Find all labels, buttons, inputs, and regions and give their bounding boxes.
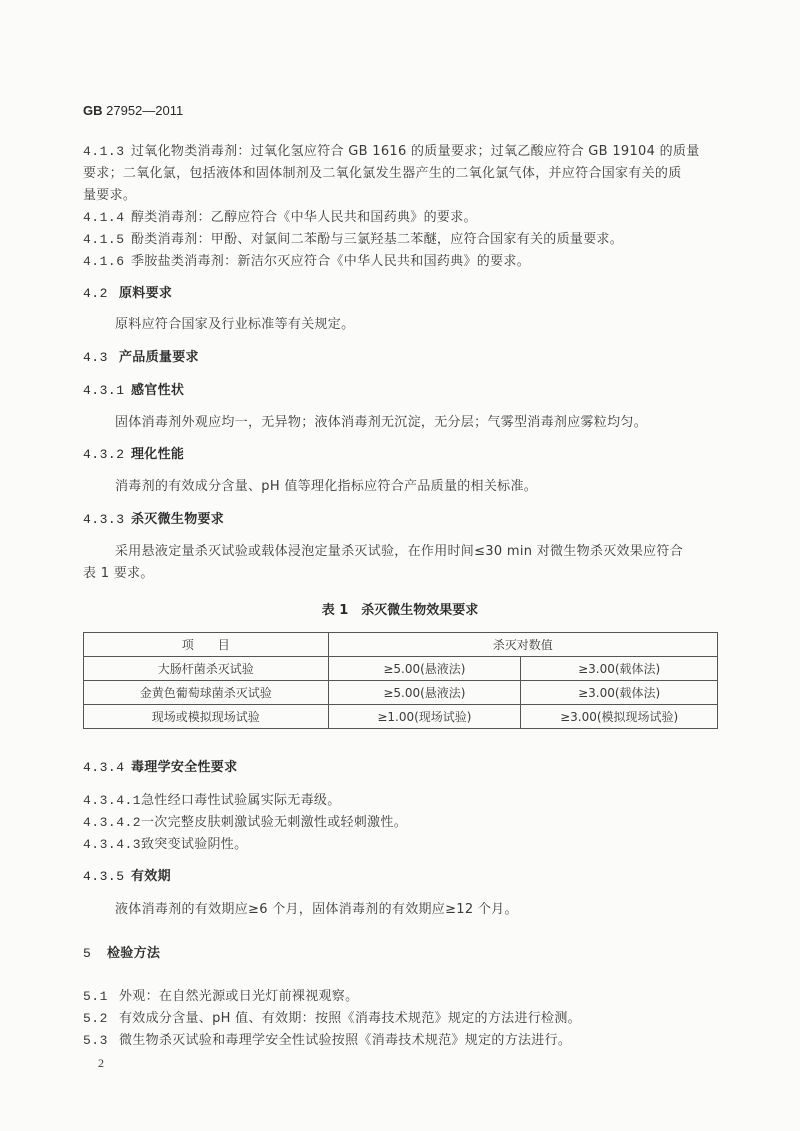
clause-5-3: 5.3微生物杀灭试验和毒理学安全性试验按照《消毒技术规范》规定的方法进行。	[83, 1033, 571, 1049]
requirements-table: 项 目 杀灭对数值 大肠杆菌杀灭试验 ≥5.00(悬液法) ≥3.00(载体法)…	[83, 632, 718, 729]
header-item: 项 目	[84, 633, 329, 657]
header-log-value: 杀灭对数值	[328, 633, 717, 657]
clause-5-1: 5.1外观：在自然光源或日光灯前裸视观察。	[83, 989, 358, 1005]
table-row: 大肠杆菌杀灭试验 ≥5.00(悬液法) ≥3.00(载体法)	[84, 657, 718, 681]
heading-4-3: 4.3产品质量要求	[83, 350, 199, 366]
clause-4-1-4: 4.1.4醇类消毒剂：乙醇应符合《中华人民共和国药典》的要求。	[83, 210, 477, 226]
para-4-3-2: 消毒剂的有效成分含量、pH 值等理化指标应符合产品质量的相关标准。	[115, 479, 537, 495]
clause-4-1-5: 4.1.5酚类消毒剂：甲酚、对氯间二苯酚与三氯羟基二苯醚，应符合国家有关的质量要…	[83, 232, 623, 248]
para-4-3-3-line1: 采用悬液定量杀灭试验或载体浸泡定量杀灭试验，在作用时间≤30 min 对微生物杀…	[115, 544, 683, 560]
para-4-3-3-line2: 表 1 要求。	[83, 566, 154, 582]
clause-4-1-3-line2: 要求；二氧化氯，包括液体和固体制剂及二氧化氯发生器产生的二氧化氯气体，并应符合国…	[83, 166, 682, 182]
clause-4-3-4-1: 4.3.4.1急性经口毒性试验属实际无毒级。	[83, 793, 341, 809]
clause-4-1-6: 4.1.6季胺盐类消毒剂：新洁尔灭应符合《中华人民共和国药典》的要求。	[83, 254, 530, 270]
para-4-3-5: 液体消毒剂的有效期应≥6 个月，固体消毒剂的有效期应≥12 个月。	[115, 902, 518, 918]
clause-4-3-4-3: 4.3.4.3致突变试验阴性。	[83, 837, 247, 853]
document-header: GB 27952—2011	[83, 103, 183, 118]
heading-4-3-2: 4.3.2理化性能	[83, 447, 184, 463]
para-4-3-1: 固体消毒剂外观应均一，无异物；液体消毒剂无沉淀，无分层；气雾型消毒剂应雾粒均匀。	[115, 415, 647, 431]
clause-5-2: 5.2有效成分含量、pH 值、有效期：按照《消毒技术规范》规定的方法进行检测。	[83, 1011, 581, 1027]
clause-4-1-3: 4.1.3过氧化物类消毒剂：过氧化氢应符合 GB 1616 的质量要求；过氧乙酸…	[83, 144, 700, 160]
clause-4-1-3-line3: 量要求。	[83, 188, 136, 204]
table-row: 现场或模拟现场试验 ≥1.00(现场试验) ≥3.00(模拟现场试验)	[84, 705, 718, 729]
clause-4-3-4-2: 4.3.4.2一次完整皮肤刺激试验无刺激性或轻刺激性。	[83, 815, 407, 831]
heading-4-3-5: 4.3.5有效期	[83, 869, 171, 885]
heading-4-2: 4.2原料要求	[83, 286, 172, 302]
page-number: 2	[98, 1056, 104, 1071]
standard-number: 27952—2011	[106, 103, 183, 118]
table-row: 金黄色葡萄球菌杀灭试验 ≥5.00(悬液法) ≥3.00(载体法)	[84, 681, 718, 705]
heading-4-3-1: 4.3.1感官性状	[83, 383, 184, 399]
standard-code: GB	[83, 103, 103, 118]
heading-4-3-3: 4.3.3杀灭微生物要求	[83, 512, 224, 528]
para-4-2: 原料应符合国家及行业标准等有关规定。	[115, 317, 354, 333]
heading-5: 5检验方法	[83, 946, 160, 962]
heading-4-3-4: 4.3.4毒理学安全性要求	[83, 760, 237, 776]
table-caption: 表 1 杀灭微生物效果要求	[0, 599, 800, 618]
table-header-row: 项 目 杀灭对数值	[84, 633, 718, 657]
